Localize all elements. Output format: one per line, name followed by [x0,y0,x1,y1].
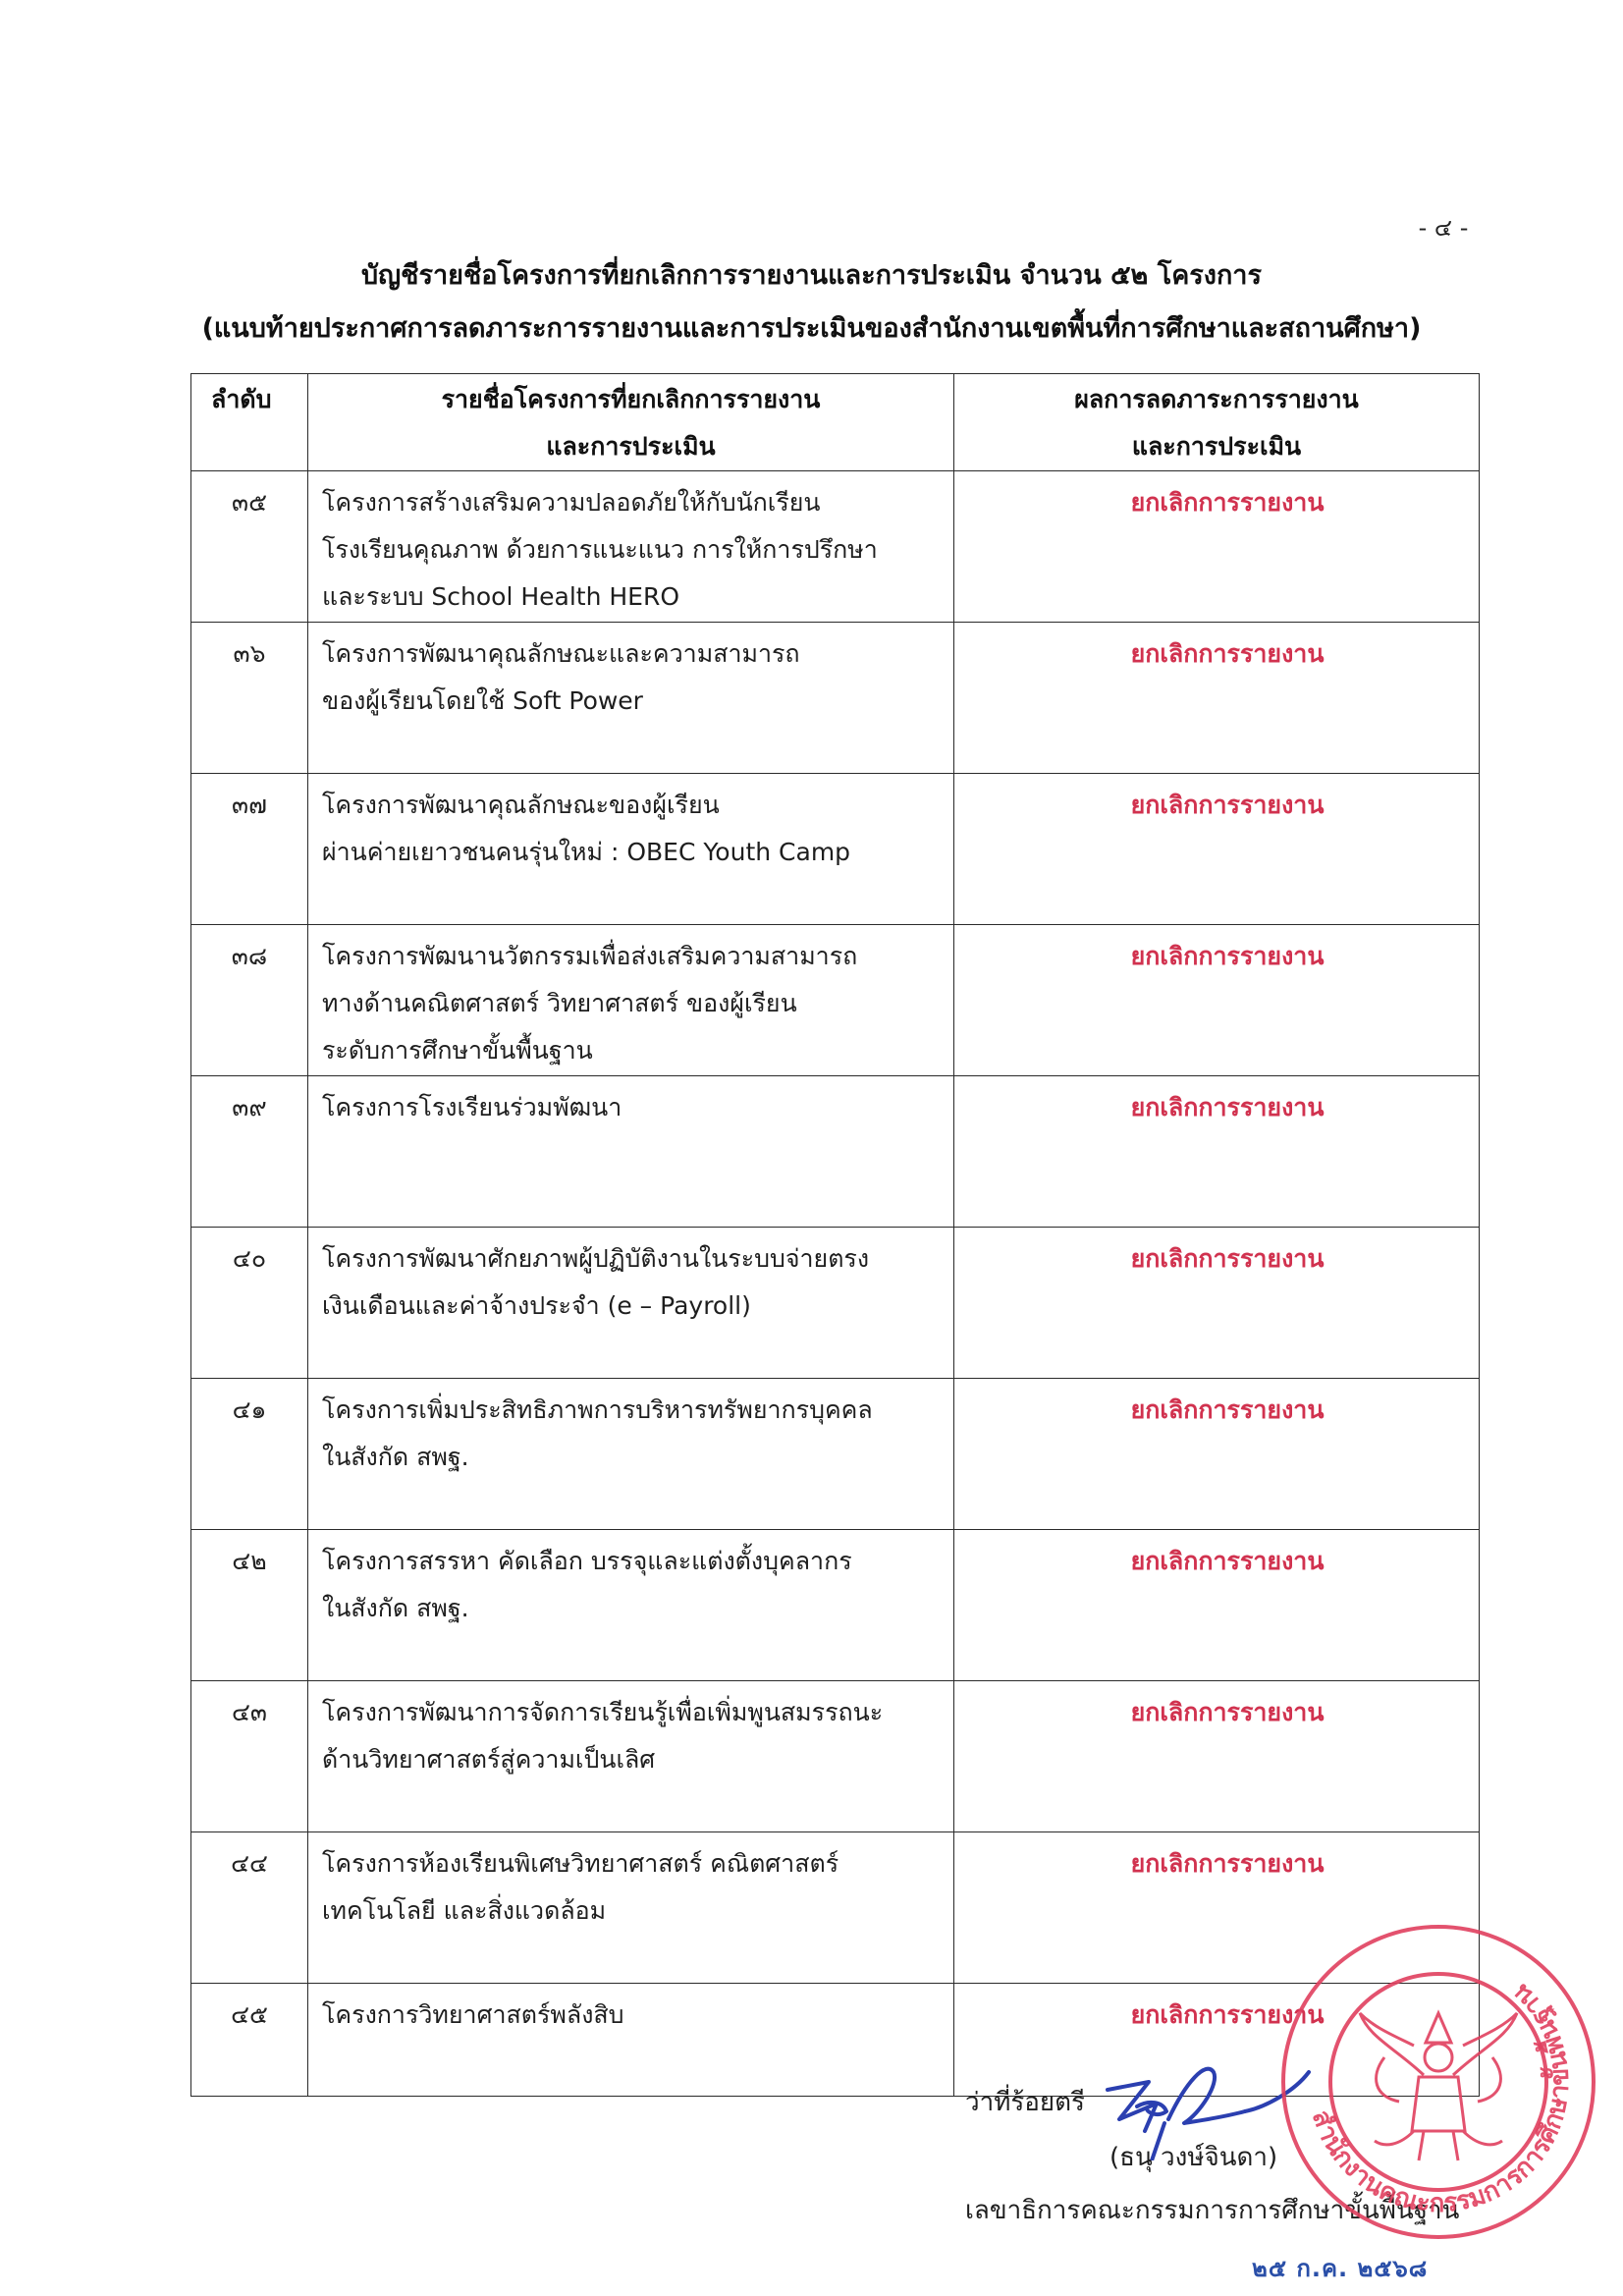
table-body: ๓๕โครงการสร้างเสริมความปลอดภัยให้กับนักเ… [191,471,1480,2097]
row-number: ๔๑ [191,1379,308,1530]
row-number: ๔๔ [191,1832,308,1984]
signer-name: (ธนุ วงษ์จินดา) [1109,2137,1277,2177]
project-name-line: โครงการห้องเรียนพิเศษวิทยาศาสตร์ คณิตศาส… [322,1840,953,1887]
project-name-line: โครงการโรงเรียนร่วมพัฒนา [322,1084,953,1131]
project-name: โครงการพัฒนาศักยภาพผู้ปฏิบัติงานในระบบจ่… [308,1228,954,1379]
reduction-result: ยกเลิกการรายงาน [954,1076,1480,1228]
project-name-line: เทคโนโลยี และสิ่งแวดล้อม [322,1887,953,1935]
row-number: ๓๗ [191,774,308,925]
project-name-line: เงินเดือนและค่าจ้างประจำ (e – Payroll) [322,1283,953,1330]
row-number: ๓๘ [191,925,308,1076]
reduction-result: ยกเลิกการรายงาน [954,623,1480,774]
header-result-line2: และการประเมิน [954,423,1479,470]
row-number: ๓๕ [191,471,308,623]
header-project-name-line2: และการประเมิน [308,423,953,470]
cancelled-projects-table: ลำดับ รายชื่อโครงการที่ยกเลิกการรายงาน แ… [190,373,1480,2097]
reduction-result: ยกเลิกการรายงาน [954,925,1480,1076]
project-name: โครงการโรงเรียนร่วมพัฒนา [308,1076,954,1228]
project-name-line: โครงการพัฒนาศักยภาพผู้ปฏิบัติงานในระบบจ่… [322,1235,953,1283]
project-name-line: ด้านวิทยาศาสตร์สู่ความเป็นเลิศ [322,1736,953,1783]
table-row: ๓๙โครงการโรงเรียนร่วมพัฒนายกเลิกการรายงา… [191,1076,1480,1228]
document-title: บัญชีรายชื่อโครงการที่ยกเลิกการรายงานและ… [0,253,1623,296]
page-number: - ๔ - [1404,208,1483,246]
reduction-result: ยกเลิกการรายงาน [954,1681,1480,1832]
header-project-name-line1: รายชื่อโครงการที่ยกเลิกการรายงาน [308,376,953,423]
project-name: โครงการสรรหา คัดเลือก บรรจุและแต่งตั้งบุ… [308,1530,954,1681]
reduction-result: ยกเลิกการรายงาน [954,774,1480,925]
row-number: ๓๖ [191,623,308,774]
project-name-line: โครงการสรรหา คัดเลือก บรรจุและแต่งตั้งบุ… [322,1538,953,1585]
project-name-line: โครงการพัฒนานวัตกรรมเพื่อส่งเสริมความสาม… [322,933,953,980]
date-stamp: ๒๕ ก.ค. ๒๕๖๘ [1252,2249,1428,2287]
signer-rank: ว่าที่ร้อยตรี [965,2082,1085,2122]
header-result: ผลการลดภาระการรายงาน และการประเมิน [954,374,1480,471]
project-name: โครงการห้องเรียนพิเศษวิทยาศาสตร์ คณิตศาส… [308,1832,954,1984]
official-garuda-seal-icon: สำนักงานคณะกรรมการการศึกษาขั้นพื้นฐาน [1276,1920,1600,2244]
row-number: ๔๒ [191,1530,308,1681]
project-name-line: ผ่านค่ายเยาวชนคนรุ่นใหม่ : OBEC Youth Ca… [322,829,953,876]
reduction-result: ยกเลิกการรายงาน [954,1379,1480,1530]
header-result-line1: ผลการลดภาระการรายงาน [954,376,1479,423]
reduction-result: ยกเลิกการรายงาน [954,471,1480,623]
project-name-line: ในสังกัด สพฐ. [322,1434,953,1481]
project-name: โครงการพัฒนาการจัดการเรียนรู้เพื่อเพิ่มพ… [308,1681,954,1832]
row-number: ๔๕ [191,1984,308,2097]
project-name-line: ทางด้านคณิตศาสตร์ วิทยาศาสตร์ ของผู้เรีย… [322,980,953,1027]
project-name-line: ในสังกัด สพฐ. [322,1585,953,1632]
table-row: ๔๓โครงการพัฒนาการจัดการเรียนรู้เพื่อเพิ่… [191,1681,1480,1832]
project-name-line: โครงการเพิ่มประสิทธิภาพการบริหารทรัพยากร… [322,1387,953,1434]
reduction-result: ยกเลิกการรายงาน [954,1228,1480,1379]
project-name-line: และระบบ School Health HERO [322,574,953,621]
project-name: โครงการพัฒนาคุณลักษณะและความสามารถของผู้… [308,623,954,774]
project-name-line: โครงการวิทยาศาสตร์พลังสิบ [322,1992,953,2039]
project-name: โครงการพัฒนาคุณลักษณะของผู้เรียนผ่านค่าย… [308,774,954,925]
header-order: ลำดับ [191,374,308,471]
table-row: ๓๗โครงการพัฒนาคุณลักษณะของผู้เรียนผ่านค่… [191,774,1480,925]
project-name-line: ของผู้เรียนโดยใช้ Soft Power [322,678,953,725]
row-number: ๔๓ [191,1681,308,1832]
project-name: โครงการพัฒนานวัตกรรมเพื่อส่งเสริมความสาม… [308,925,954,1076]
table-header-row: ลำดับ รายชื่อโครงการที่ยกเลิกการรายงาน แ… [191,374,1480,471]
project-name-line: ระดับการศึกษาขั้นพื้นฐาน [322,1027,953,1074]
table-row: ๓๖โครงการพัฒนาคุณลักษณะและความสามารถของผ… [191,623,1480,774]
table-row: ๔๐โครงการพัฒนาศักยภาพผู้ปฏิบัติงานในระบบ… [191,1228,1480,1379]
document-subtitle: (แนบท้ายประกาศการลดภาระการรายงานและการปร… [0,306,1623,349]
project-name: โครงการสร้างเสริมความปลอดภัยให้กับนักเรี… [308,471,954,623]
table-row: ๓๕โครงการสร้างเสริมความปลอดภัยให้กับนักเ… [191,471,1480,623]
row-number: ๔๐ [191,1228,308,1379]
header-project-name: รายชื่อโครงการที่ยกเลิกการรายงาน และการป… [308,374,954,471]
project-name-line: โรงเรียนคุณภาพ ด้วยการแนะแนว การให้การปร… [322,526,953,574]
project-name: โครงการเพิ่มประสิทธิภาพการบริหารทรัพยากร… [308,1379,954,1530]
reduction-result: ยกเลิกการรายงาน [954,1530,1480,1681]
table-row: ๓๘โครงการพัฒนานวัตกรรมเพื่อส่งเสริมความส… [191,925,1480,1076]
project-name-line: โครงการพัฒนาคุณลักษณะของผู้เรียน [322,782,953,829]
table-row: ๔๒โครงการสรรหา คัดเลือก บรรจุและแต่งตั้ง… [191,1530,1480,1681]
row-number: ๓๙ [191,1076,308,1228]
project-name-line: โครงการพัฒนาการจัดการเรียนรู้เพื่อเพิ่มพ… [322,1689,953,1736]
project-name: โครงการวิทยาศาสตร์พลังสิบ [308,1984,954,2097]
table-row: ๔๑โครงการเพิ่มประสิทธิภาพการบริหารทรัพยา… [191,1379,1480,1530]
project-name-line: โครงการสร้างเสริมความปลอดภัยให้กับนักเรี… [322,479,953,526]
project-name-line: โครงการพัฒนาคุณลักษณะและความสามารถ [322,630,953,678]
